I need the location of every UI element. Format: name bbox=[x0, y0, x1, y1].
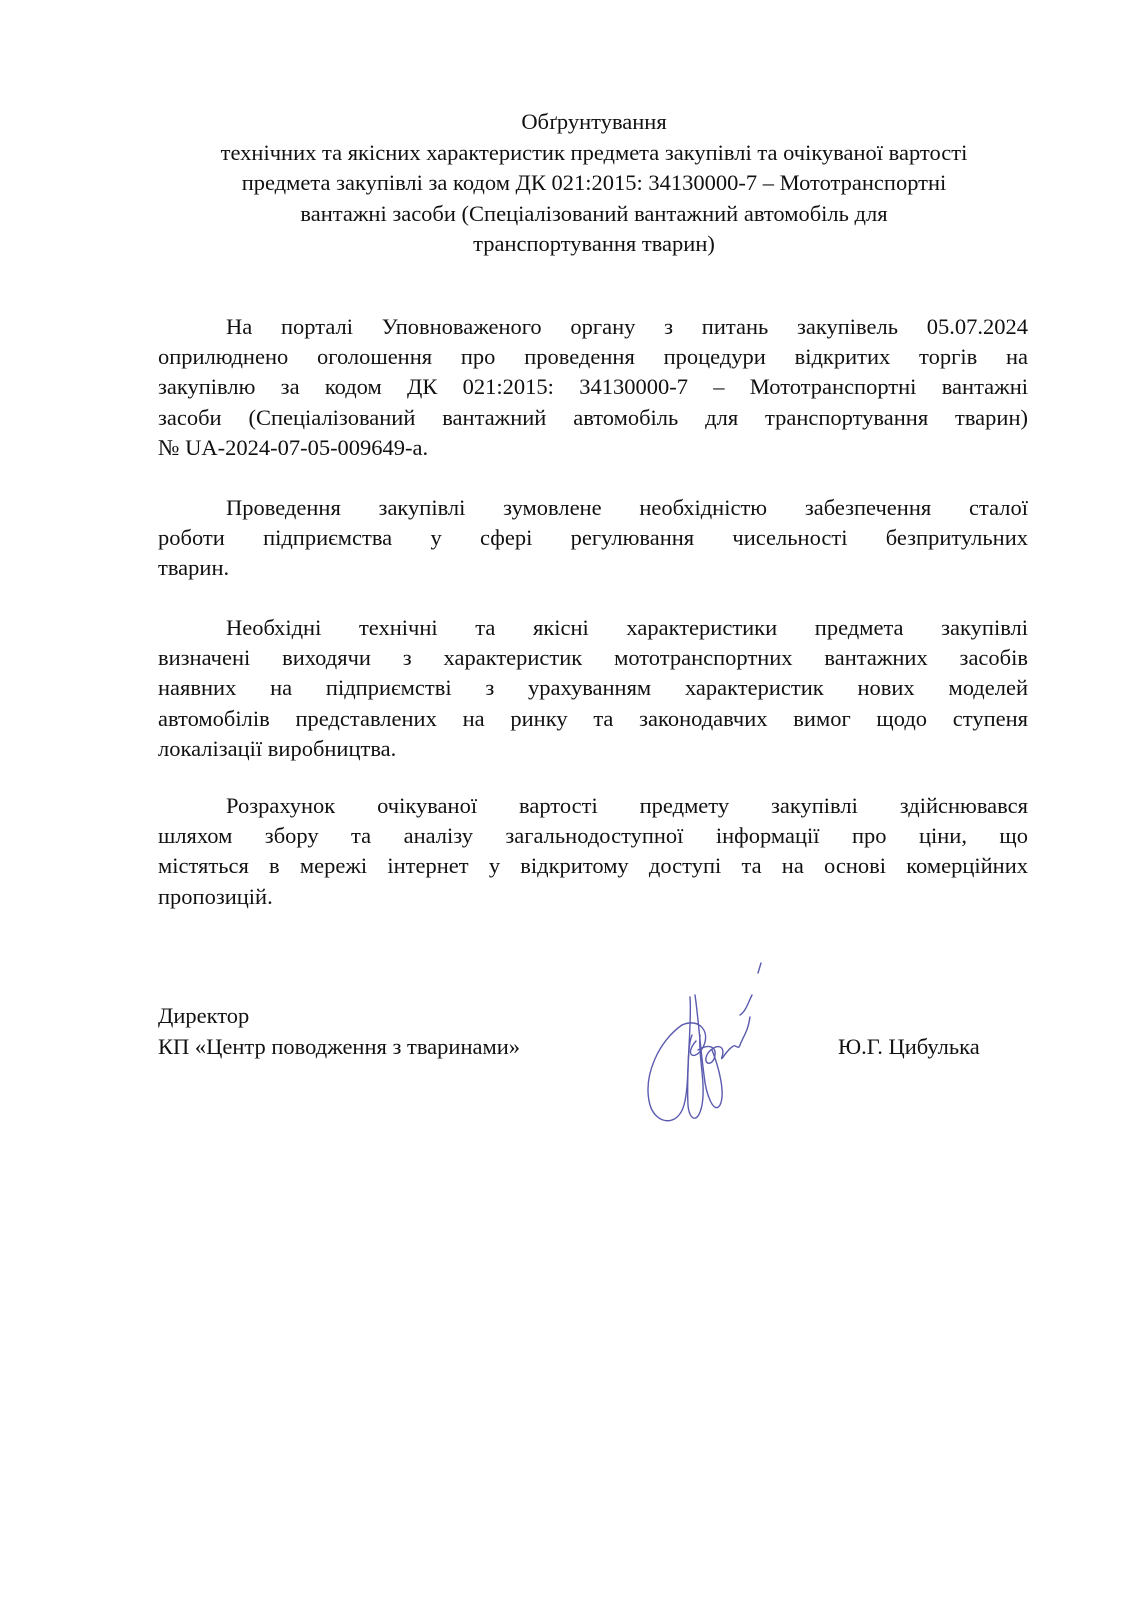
paragraph-announcement: На порталі Уповноваженого органу з питан… bbox=[158, 312, 1028, 463]
title-line: технічних та якісних характеристик предм… bbox=[158, 138, 1030, 169]
text-line: визначені виходячи з характеристик мотот… bbox=[158, 643, 1028, 673]
signer-name: Ю.Г. Цибулька bbox=[838, 1032, 980, 1062]
text-line: Розрахунок очікуваної вартості предмету … bbox=[158, 791, 1028, 821]
text-line: тварин. bbox=[158, 553, 1028, 583]
document-page: Обґрунтування технічних та якісних харак… bbox=[0, 0, 1131, 1600]
signer-organization: КП «Центр поводження з тваринами» bbox=[158, 1032, 520, 1062]
handwritten-signature-icon bbox=[640, 955, 790, 1130]
title-heading: Обґрунтування bbox=[158, 107, 1030, 138]
paragraph-reason: Проведення закупівлі зумовлене необхідні… bbox=[158, 493, 1028, 584]
text-line: Необхідні технічні та якісні характерист… bbox=[158, 613, 1028, 643]
signer-position: Директор bbox=[158, 1001, 249, 1031]
title-line: предмета закупівлі за кодом ДК 021:2015:… bbox=[158, 168, 1030, 199]
paragraph-characteristics: Необхідні технічні та якісні характерист… bbox=[158, 613, 1028, 764]
text-line: локалізації виробництва. bbox=[158, 734, 1028, 764]
text-line: шляхом збору та аналізу загальнодоступно… bbox=[158, 821, 1028, 851]
text-line: На порталі Уповноваженого органу з питан… bbox=[158, 312, 1028, 342]
text-line: закупівлю за кодом ДК 021:2015: 34130000… bbox=[158, 372, 1028, 402]
text-line: пропозицій. bbox=[158, 882, 1028, 912]
document-title: Обґрунтування технічних та якісних харак… bbox=[158, 107, 1030, 260]
text-line: автомобілів представлених на ринку та за… bbox=[158, 704, 1028, 734]
text-line: засоби (Спеціалізований вантажний автомо… bbox=[158, 403, 1028, 433]
text-line: роботи підприємства у сфері регулювання … bbox=[158, 523, 1028, 553]
title-line: вантажні засоби (Спеціалізований вантажн… bbox=[158, 199, 1030, 230]
paragraph-cost-calculation: Розрахунок очікуваної вартості предмету … bbox=[158, 791, 1028, 912]
text-line: № UA-2024-07-05-009649-а. bbox=[158, 433, 1028, 463]
text-line: містяться в мережі інтернет у відкритому… bbox=[158, 851, 1028, 881]
text-line: наявних на підприємстві з урахуванням ха… bbox=[158, 673, 1028, 703]
title-line: транспортування тварин) bbox=[158, 229, 1030, 260]
text-line: Проведення закупівлі зумовлене необхідні… bbox=[158, 493, 1028, 523]
text-line: оприлюднено оголошення про проведення пр… bbox=[158, 342, 1028, 372]
